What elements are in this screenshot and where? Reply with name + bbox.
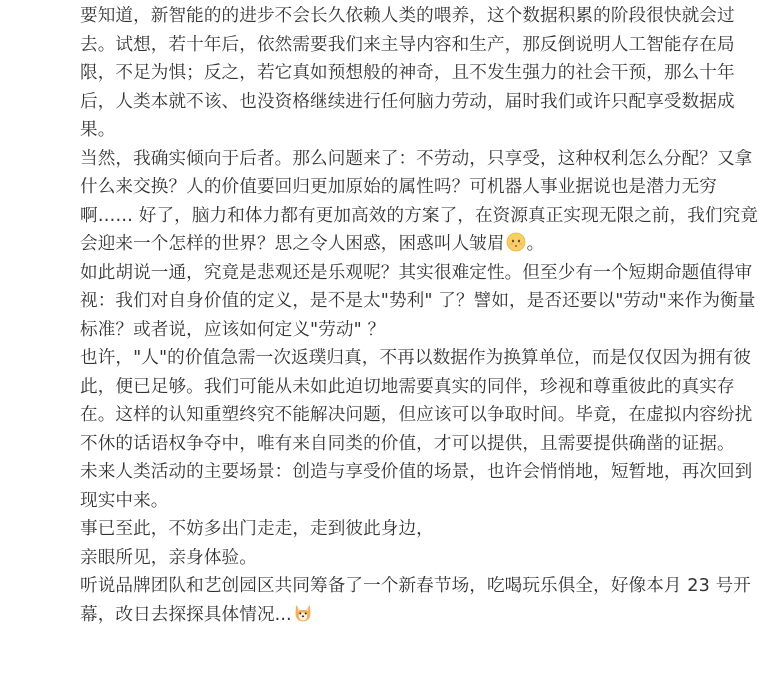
paragraph-text: 未来人类活动的主要场景：创造与享受价值的场景，也许会悄悄地，短暂地，再次回到现实… bbox=[80, 462, 752, 511]
paragraph-3: 如此胡说一通，究竟是悲观还是乐观呢？其实很难定性。但至少有一个短期命题值得审视：… bbox=[80, 259, 766, 345]
paragraph-8: 听说品牌团队和艺创园区共同筹备了一个新春节场，吃喝玩乐俱全，好像本月 23 号开… bbox=[80, 572, 766, 629]
frowning-face-emoji-icon bbox=[506, 232, 526, 252]
post-body: 要知道，新智能的的进步不会长久依赖人类的喂养，这个数据积累的阶段很快就会过去。试… bbox=[80, 2, 766, 629]
paragraph-text: 亲眼所见，亲身体验。 bbox=[80, 548, 257, 568]
paragraph-2: 当然，我确实倾向于后者。那么问题来了：不劳动，只享受，这种权利怎么分配？又拿什么… bbox=[80, 145, 766, 259]
paragraph-7: 亲眼所见，亲身体验。 bbox=[80, 544, 766, 573]
paragraph-suffix: 。 bbox=[527, 234, 545, 254]
paragraph-text: 要知道，新智能的的进步不会长久依赖人类的喂养，这个数据积累的阶段很快就会过去。试… bbox=[80, 6, 735, 140]
paragraph-6: 事已至此，不妨多出门走走，走到彼此身边， bbox=[80, 515, 766, 544]
paragraph-text: 听说品牌团队和艺创园区共同筹备了一个新春节场，吃喝玩乐俱全，好像本月 23 号开… bbox=[80, 576, 751, 625]
dog-face-emoji-icon bbox=[293, 603, 313, 623]
paragraph-4: 也许，"人"的价值急需一次返璞归真，不再以数据作为换算单位，而是仅仅因为拥有彼此… bbox=[80, 344, 766, 458]
paragraph-1: 要知道，新智能的的进步不会长久依赖人类的喂养，这个数据积累的阶段很快就会过去。试… bbox=[80, 2, 766, 145]
paragraph-text: 也许，"人"的价值急需一次返璞归真，不再以数据作为换算单位，而是仅仅因为拥有彼此… bbox=[80, 348, 752, 454]
paragraph-5: 未来人类活动的主要场景：创造与享受价值的场景，也许会悄悄地，短暂地，再次回到现实… bbox=[80, 458, 766, 515]
paragraph-text: 如此胡说一通，究竟是悲观还是乐观呢？其实很难定性。但至少有一个短期命题值得审视：… bbox=[80, 263, 755, 340]
paragraph-text: 当然，我确实倾向于后者。那么问题来了：不劳动，只享受，这种权利怎么分配？又拿什么… bbox=[80, 149, 758, 255]
paragraph-text: 事已至此，不妨多出门走走，走到彼此身边， bbox=[80, 519, 434, 539]
